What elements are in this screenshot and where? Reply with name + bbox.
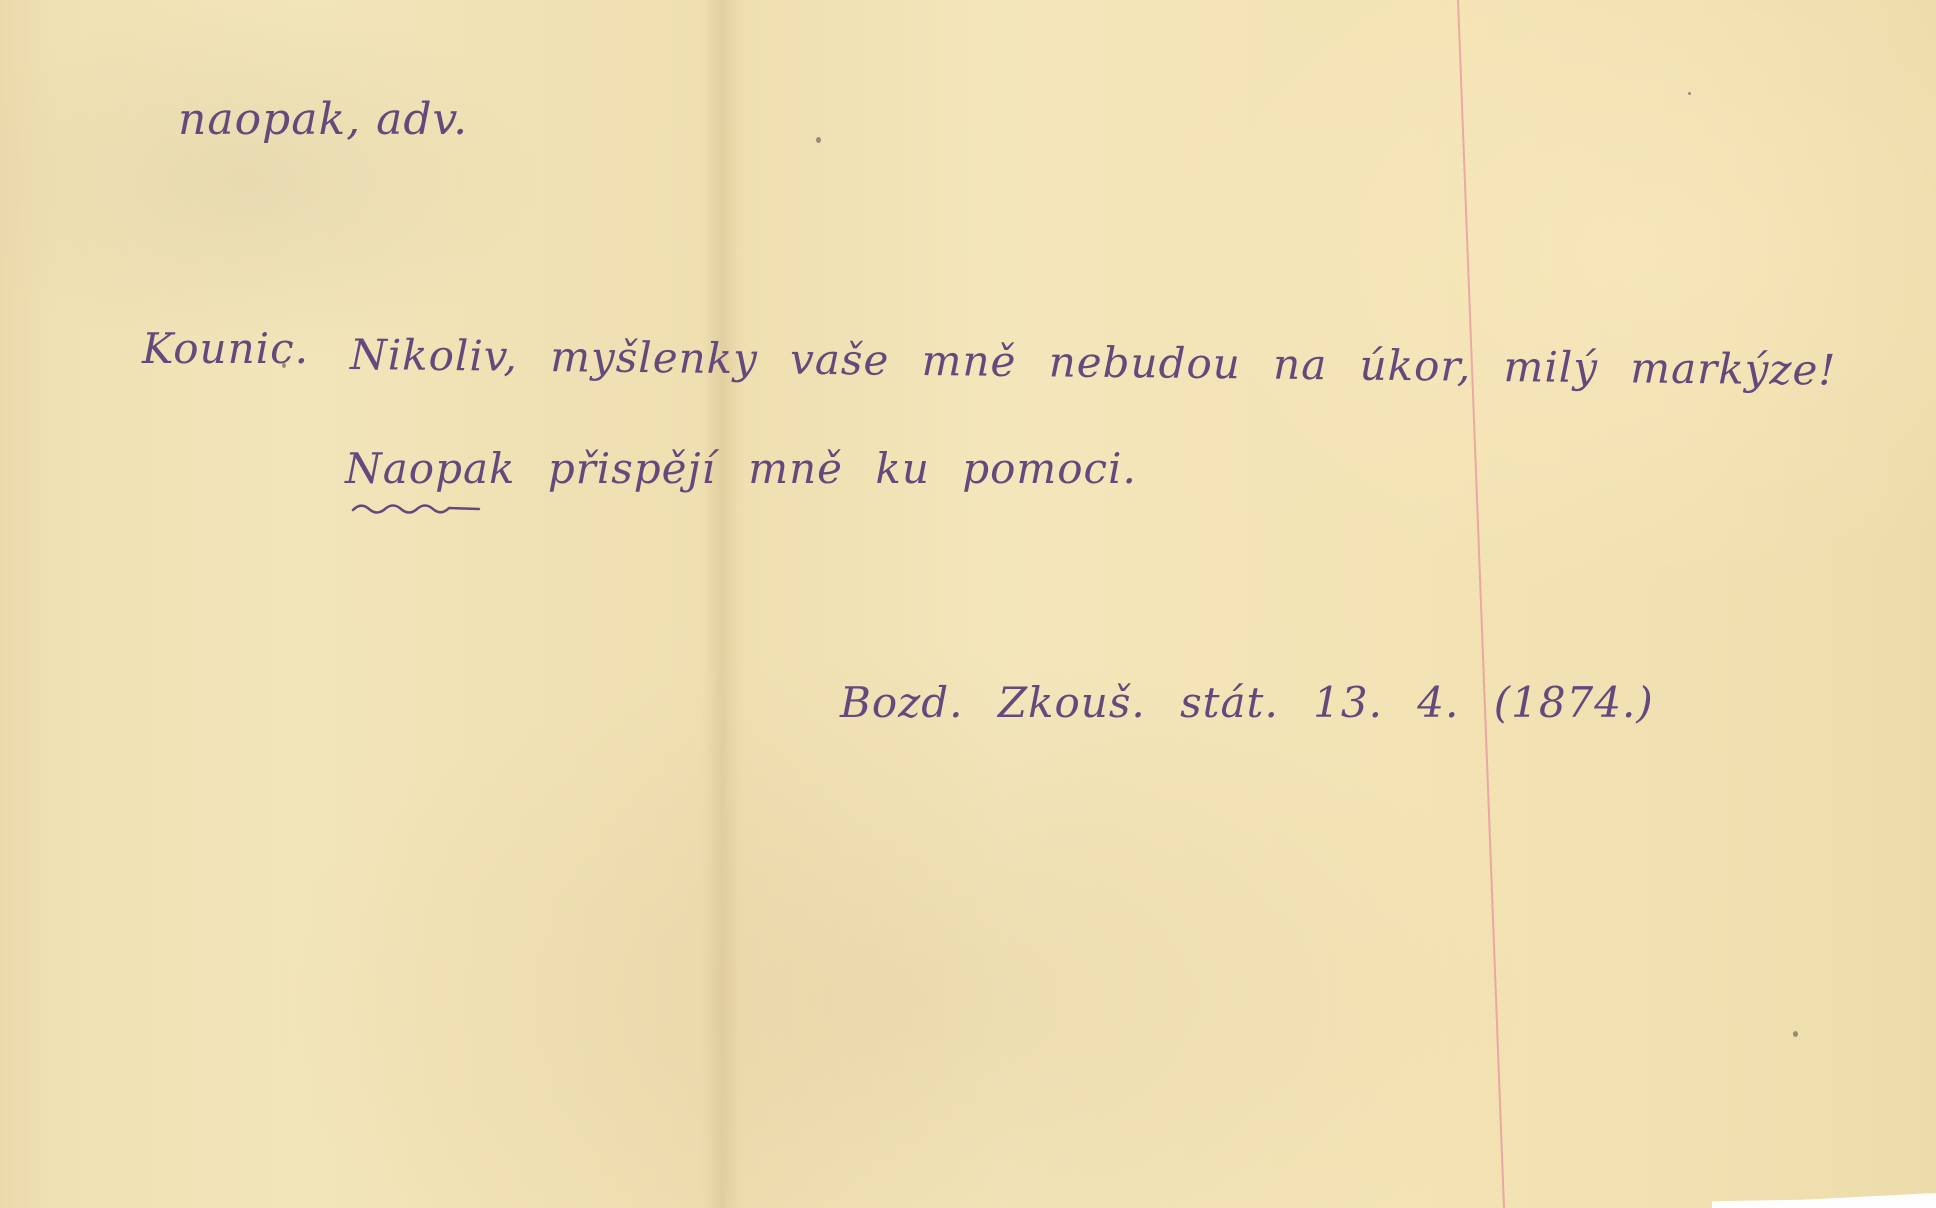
index-card: naopak, adv. Kounic. Nikoliv, myšlenky v… — [0, 0, 1936, 1208]
quote-line-2: Naopak přispějí mně ku pomoci. — [345, 448, 1137, 490]
part-of-speech: , adv. — [346, 94, 468, 145]
headword: naopak — [178, 94, 346, 145]
red-margin-line — [0, 0, 1936, 1208]
headword-line: naopak, adv. — [178, 98, 468, 142]
quote-line-1: Nikoliv, myšlenky vaše mně nebudou na úk… — [350, 334, 1837, 392]
speaker-name: Kounic. — [142, 328, 309, 370]
ink-speck — [1793, 1031, 1798, 1037]
wavy-underline — [351, 500, 481, 516]
quote-line-2-rest: přispějí mně ku pomoci. — [548, 444, 1137, 493]
torn-corner — [1712, 1193, 1936, 1208]
headword-occurrence: Naopak — [345, 448, 515, 490]
ink-speck — [1688, 92, 1691, 95]
emphasized-word: Naopak — [345, 444, 515, 493]
ink-speck — [816, 137, 821, 143]
source-citation: Bozd. Zkouš. stát. 13. 4. (1874.) — [840, 682, 1654, 724]
paper-fold — [705, 0, 739, 1208]
